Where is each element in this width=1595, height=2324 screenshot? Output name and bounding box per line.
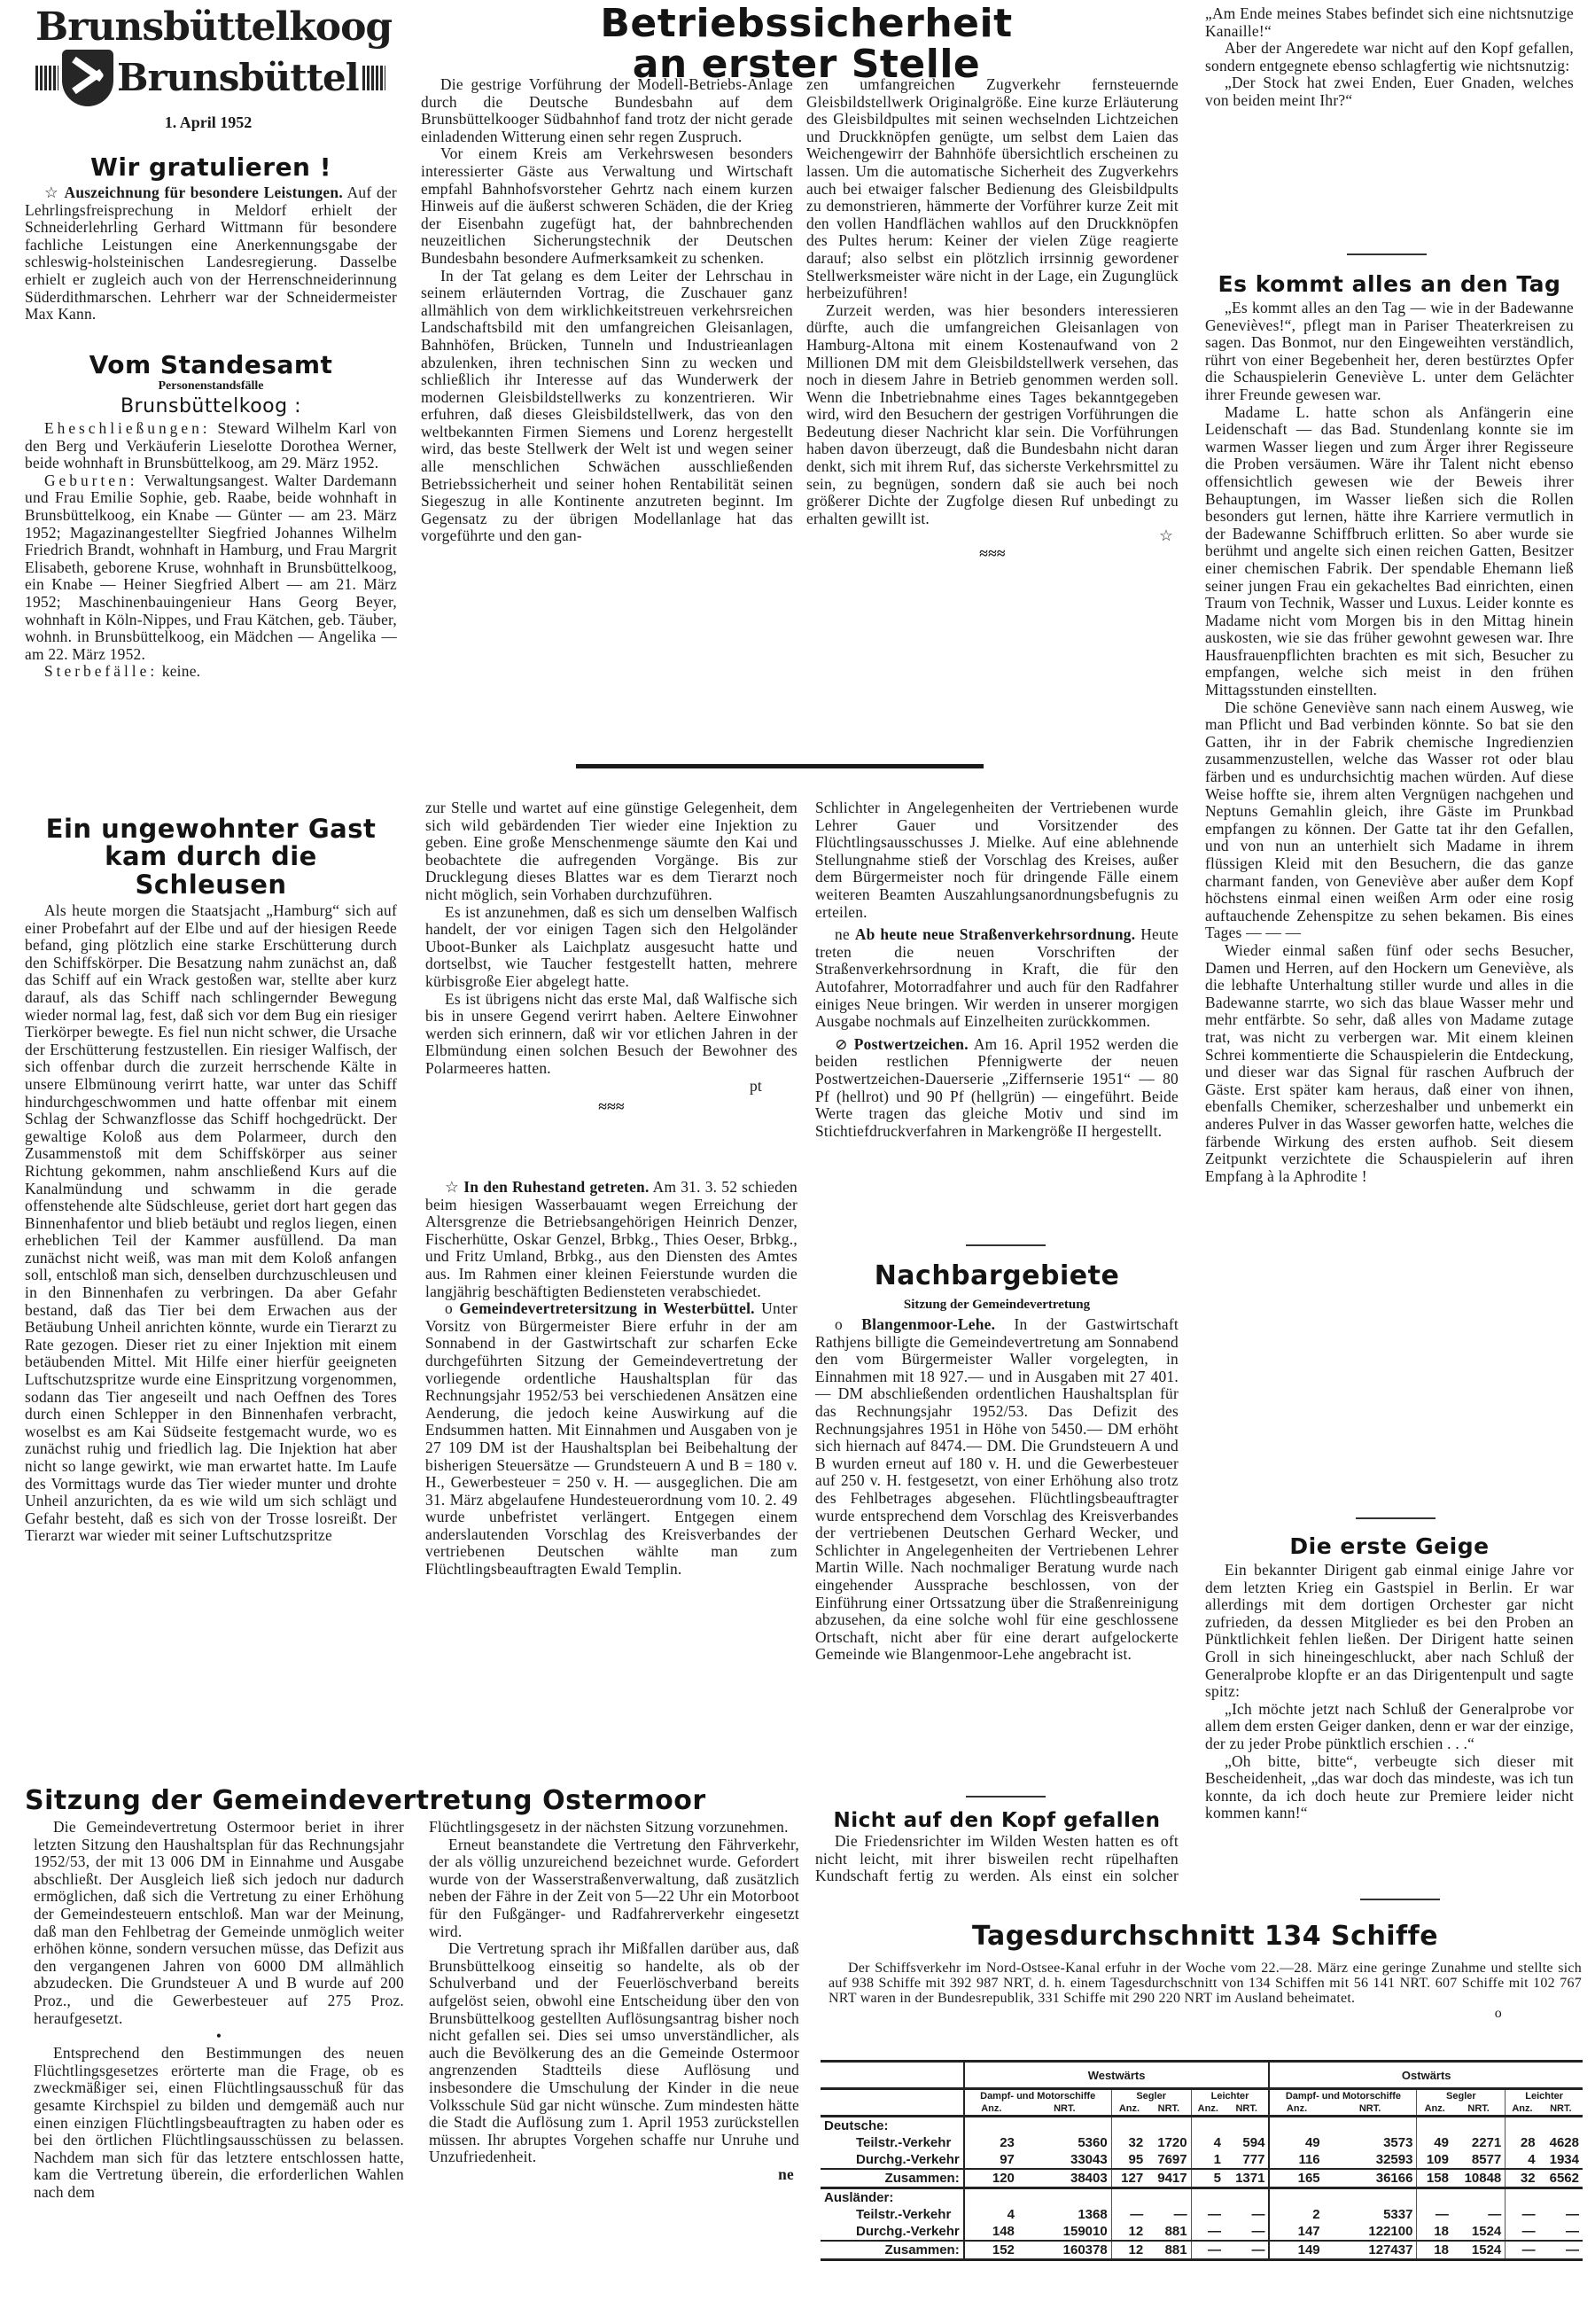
subcol-nrt: NRT. (1018, 2102, 1111, 2117)
table-cell: — (1539, 2223, 1583, 2241)
table-cell: 3573 (1324, 2134, 1417, 2151)
article-betrieb-col2: zen umfangreichen Zugverkehr fernsteuern… (806, 76, 1179, 563)
article-standesamt: Vom Standesamt Personenstandsfälle Bruns… (25, 351, 397, 681)
row-label: Durchg.-Verkehr (821, 2223, 964, 2241)
total-label: Zusammen: (821, 2169, 964, 2188)
table-cell: 23 (964, 2134, 1018, 2151)
ship-traffic-table: Westwärts Ostwärts Dampf- und Motorschif… (821, 2060, 1583, 2261)
divider-icon: ≈≈≈ (425, 1098, 797, 1116)
table-cell: 4628 (1539, 2134, 1583, 2151)
total-cell: 149 (1269, 2241, 1323, 2260)
total-cell: 127 (1111, 2169, 1147, 2188)
row-label: Teilstr.-Verkehr (821, 2206, 964, 2223)
subcol-nrt: NRT. (1225, 2102, 1270, 2117)
headline-geige: Die erste Geige (1205, 1532, 1574, 1562)
table-cell: 7697 (1147, 2151, 1191, 2169)
table-cell: — (1417, 2206, 1452, 2223)
total-cell: 5 (1191, 2169, 1225, 2188)
total-cell: 36166 (1324, 2169, 1417, 2188)
subhead-nachbar: Sitzung der Gemeindevertretung (815, 1298, 1179, 1313)
total-cell: 881 (1147, 2241, 1191, 2260)
divider-rule (1347, 253, 1427, 255)
table-cell: 1 (1191, 2151, 1225, 2169)
masthead-title-line2: Brunsbüttel (117, 56, 359, 99)
col-direction-west: Westwärts (964, 2062, 1270, 2089)
total-cell: 38403 (1018, 2169, 1111, 2188)
text-kopf-p2: „Am Ende meines Stabes befindet sich ein… (1205, 5, 1574, 40)
coat-of-arms-icon (62, 50, 113, 106)
star-icon: ☆ (44, 183, 65, 201)
divider-icon: ≈≈≈ (806, 545, 1179, 563)
table-section-header: Deutsche: (821, 2117, 1583, 2135)
table-cell: — (1225, 2223, 1270, 2241)
signature-gast: pt (425, 1078, 797, 1096)
text-betrieb-col1-p1: Die gestrige Vorführung der Modell-Betri… (421, 76, 793, 145)
text-kopf-p1-start: Die Friedensrichter im Wilden Westen hat… (815, 1833, 1179, 1884)
text-ruhestand: Am 31. 3. 52 schieden beim hiesigen Wass… (425, 1178, 797, 1300)
text-tag-p1: „Es kommt alles an den Tag — wie in der … (1205, 300, 1574, 404)
table-cell: — (1147, 2206, 1191, 2223)
col-direction-east: Ostwärts (1269, 2062, 1583, 2089)
table-cell: 2 (1269, 2206, 1323, 2223)
lead-nachbar: Blangenmoor-Lehe. (861, 1315, 995, 1333)
table-cell: 95 (1111, 2151, 1147, 2169)
text-betrieb-col2-p2: Zurzeit werden, was hier besonders inter… (806, 302, 1179, 528)
total-cell: 160378 (1018, 2241, 1111, 2260)
article-gast-continued: zur Stelle und wartet auf eine günstige … (425, 799, 797, 1116)
text-westerbuettel: Unter Vorsitz von Bürgermeister Biere er… (425, 1299, 797, 1578)
text-betrieb-col1-p3: In der Tat gelang es dem Leiter der Lehr… (421, 268, 793, 546)
subcol-nrt: NRT. (1452, 2102, 1506, 2117)
table-cell: 33043 (1018, 2151, 1111, 2169)
subhead-standesamt: Personenstandsfälle (25, 379, 397, 394)
headline-gast-line1: Ein ungewohnter Gast (25, 815, 397, 842)
article-ruhestand: ☆ In den Ruhestand getreten. Am 31. 3. 5… (425, 1179, 797, 1579)
table-cell: 97 (964, 2151, 1018, 2169)
total-cell: 18 (1417, 2241, 1452, 2260)
masthead: Brunsbüttelkoog Brunsbüttel 1. April 195… (35, 7, 381, 132)
divider-rule (1356, 1517, 1435, 1519)
article-ostermoor-col1: Die Gemeindevertretung Ostermoor beriet … (34, 1819, 404, 2201)
article-col3-notices: Schlichter in Angelegenheiten der Vertri… (815, 799, 1179, 1140)
table-cell: 4 (1506, 2151, 1539, 2169)
text-kopf-p3: Aber der Angeredete war nicht auf den Ko… (1205, 40, 1574, 74)
article-geige: Die erste Geige Ein bekannter Dirigent g… (1205, 1532, 1574, 1822)
text-ostermoor-col1-p1: Die Gemeindevertretung Ostermoor beriet … (34, 1819, 404, 2027)
article-betrieb: Betriebssicherheit an erster Stelle (416, 4, 1196, 85)
total-cell: 32 (1506, 2169, 1539, 2188)
section-label: Ausländer: (821, 2188, 964, 2207)
divider-rule (966, 1244, 1046, 1246)
headline-gratulieren: Wir gratulieren ! (25, 152, 397, 183)
headline-schiffe: Tagesdurchschnitt 134 Schiffe (829, 1920, 1582, 1954)
total-cell: 120 (964, 2169, 1018, 2188)
label-marriages: Eheschließungen: (44, 419, 211, 437)
total-cell: 1371 (1225, 2169, 1270, 2188)
text-tag-p3: Die schöne Geneviève sann nach einem Aus… (1205, 699, 1574, 942)
text-betrieb-col1-p2: Vor einem Kreis am Verkehrswesen besonde… (421, 145, 793, 267)
table-cell: 109 (1417, 2151, 1452, 2169)
table-cell: 122100 (1324, 2223, 1417, 2241)
total-cell: — (1506, 2241, 1539, 2260)
banner-left-ornament (35, 66, 58, 90)
table-cell: 49 (1417, 2134, 1452, 2151)
table-cell: 594 (1225, 2134, 1270, 2151)
banner-right-ornament (362, 66, 385, 90)
table-cell: 159010 (1018, 2223, 1111, 2241)
table-cell: 4 (1191, 2134, 1225, 2151)
total-cell: — (1225, 2241, 1270, 2260)
article-ostermoor: Sitzung der Gemeindevertretung Ostermoor (25, 1785, 805, 1817)
table-cell: 32593 (1324, 2151, 1417, 2169)
table-cell: 1524 (1452, 2223, 1506, 2241)
col-group: Segler (1111, 2089, 1191, 2103)
subcol-nrt: NRT. (1539, 2102, 1583, 2117)
total-cell: — (1191, 2241, 1225, 2260)
table-cell: — (1225, 2206, 1270, 2223)
label-births: Geburten: (44, 472, 138, 489)
author-prefix: ne (835, 925, 850, 943)
table-cell: 49 (1269, 2134, 1323, 2151)
table-total-row: Zusammen:15216037812881——149127437181524… (821, 2241, 1583, 2260)
star-icon: ☆ (445, 1178, 463, 1196)
table-cell: — (1506, 2223, 1539, 2241)
signature-ostermoor: ne (429, 2166, 799, 2184)
col-group: Dampf- und Motorschiffe (964, 2089, 1112, 2103)
star-icon: ☆ (806, 527, 1179, 545)
table-row: Durchg.-Verkehr14815901012881——147122100… (821, 2223, 1583, 2241)
table-cell: 1934 (1539, 2151, 1583, 2169)
total-cell: — (1539, 2241, 1583, 2260)
table-row: Durchg.-Verkehr9733043957697177711632593… (821, 2151, 1583, 2169)
subcol-nrt: NRT. (1324, 2102, 1417, 2117)
section-label: Deutsche: (821, 2117, 964, 2135)
text-schiffe: Der Schiffsverkehr im Nord-Ostsee-Kanal … (829, 1961, 1582, 2006)
total-cell: 10848 (1452, 2169, 1506, 2188)
subcol-anz: Anz. (1111, 2102, 1147, 2117)
text-ostermoor-col1-p2: Entsprechend den Bestimmungen des neuen … (34, 2045, 404, 2201)
divider-rule (966, 1796, 1046, 1798)
article-kopf-continued: „Am Ende meines Stabes befindet sich ein… (1205, 5, 1574, 110)
table-cell: 777 (1225, 2151, 1270, 2169)
article-betrieb-col1: Die gestrige Vorführung der Modell-Betri… (421, 76, 793, 545)
text-tag-p2: Madame L. hatte schon als Anfängerin ein… (1205, 404, 1574, 699)
text-gast-col2-p1: zur Stelle und wartet auf eine günstige … (425, 799, 797, 904)
total-cell: 165 (1269, 2169, 1323, 2188)
article-ostermoor-col2: Flüchtlingsgesetz in der nächsten Sitzun… (429, 1819, 799, 2183)
lead-gratulieren: Auszeichnung für besondere Leistungen. (65, 183, 343, 201)
text-westerbuettel-cont: Schlichter in Angelegenheiten der Vertri… (815, 799, 1179, 921)
row-label: Teilstr.-Verkehr (821, 2134, 964, 2151)
table-row: Teilstr.-Verkehr235360321720459449357349… (821, 2134, 1583, 2151)
label-deaths: Sterbefälle: (44, 662, 158, 680)
subcol-anz: Anz. (1506, 2102, 1539, 2117)
table-row: Teilstr.-Verkehr41368————25337———— (821, 2206, 1583, 2223)
subcol-nrt: NRT. (1147, 2102, 1191, 2117)
table-total-row: Zusammen:1203840312794175137116536166158… (821, 2169, 1583, 2188)
table-cell: — (1539, 2206, 1583, 2223)
total-cell: 6562 (1539, 2169, 1583, 2188)
subcol-anz: Anz. (1191, 2102, 1225, 2117)
table-cell: 8577 (1452, 2151, 1506, 2169)
table-cell: — (1452, 2206, 1506, 2223)
signature-schiffe: o (829, 2006, 1582, 2021)
table-cell: — (1191, 2206, 1225, 2223)
article-tag: Es kommt alles an den Tag „Es kommt alle… (1205, 269, 1574, 1185)
total-cell: 9417 (1147, 2169, 1191, 2188)
dot-icon: • (34, 2027, 404, 2045)
table-cell: 1720 (1147, 2134, 1191, 2151)
text-gratulieren: Auf der Lehrlingsfreisprechung in Meldor… (25, 183, 397, 323)
headline-standesamt: Vom Standesamt (25, 351, 397, 379)
subcol-anz: Anz. (1417, 2102, 1452, 2117)
place-standesamt: Brunsbüttelkoog : (25, 394, 397, 420)
total-cell: 158 (1417, 2169, 1452, 2188)
headline-ostermoor: Sitzung der Gemeindevertretung Ostermoor (25, 1785, 805, 1817)
article-schiffe: Tagesdurchschnitt 134 Schiffe Der Schiff… (829, 1920, 1582, 2021)
total-cell: 152 (964, 2241, 1018, 2260)
table-cell: 881 (1147, 2223, 1191, 2241)
article-gast: Ein ungewohnter Gast kam durch die Schle… (25, 815, 397, 1545)
text-betrieb-col2-p1: zen umfangreichen Zugverkehr fernsteuern… (806, 76, 1179, 302)
text-tag-p4: Wieder einmal saßen fünf oder sechs Besu… (1205, 942, 1574, 1185)
masthead-title-line1: Brunsbüttelkoog (35, 7, 381, 48)
text-geige-p3: „Oh bitte, bitte“, verbeugte sich dieser… (1205, 1753, 1574, 1822)
headline-gast-line2: kam durch die Schleusen (25, 842, 397, 899)
section-rule (576, 764, 984, 768)
text-gast-col2-p3: Es ist übrigens nicht das erste Mal, daß… (425, 991, 797, 1078)
text-ostermoor-col2-p2: Erneut beanstandete die Vertretung den F… (429, 1837, 799, 1941)
article-nachbar: Nachbargebiete Sitzung der Gemeindevertr… (815, 1259, 1179, 1664)
headline-nachbar: Nachbargebiete (815, 1259, 1179, 1294)
text-geige-p2: „Ich möchte jetzt nach Schluß der Genera… (1205, 1701, 1574, 1753)
article-kopf: Nicht auf den Kopf gefallen Die Friedens… (815, 1808, 1179, 1884)
table-cell: 2271 (1452, 2134, 1506, 2151)
ship-table: Westwärts Ostwärts Dampf- und Motorschif… (821, 2060, 1583, 2261)
text-gast-col2-p2: Es ist anzunehmen, daß es sich um densel… (425, 904, 797, 991)
text-births: Verwaltungsangest. Walter Dardemann und … (25, 472, 397, 663)
total-cell: 12 (1111, 2241, 1147, 2260)
col-group: Dampf- und Motorschiffe (1269, 2089, 1417, 2103)
table-cell: 147 (1269, 2223, 1323, 2241)
subcol-anz: Anz. (964, 2102, 1018, 2117)
ship-table-body: Deutsche:Teilstr.-Verkehr235360321720459… (821, 2117, 1583, 2260)
lead-ruhestand: In den Ruhestand getreten. (463, 1178, 649, 1196)
text-deaths: keine. (162, 662, 201, 680)
table-cell: 4 (964, 2206, 1018, 2223)
text-gast-col1: Als heute morgen die Staatsjacht „Hambur… (25, 902, 397, 1545)
article-gratulieren: Wir gratulieren ! ☆ Auszeichnung für bes… (25, 152, 397, 324)
table-section-header: Ausländer: (821, 2188, 1583, 2207)
text-geige-p1: Ein bekannter Dirigent gab einmal einige… (1205, 1562, 1574, 1701)
text-kopf-p4: „Der Stock hat zwei Enden, Euer Gnaden, … (1205, 74, 1574, 109)
headline-betrieb-line1: Betriebssicherheit (416, 4, 1196, 44)
text-nachbar: In der Gastwirtschaft Rathjens billigte … (815, 1315, 1179, 1663)
table-cell: 148 (964, 2223, 1018, 2241)
issue-date: 1. April 1952 (35, 113, 381, 132)
table-cell: 116 (1269, 2151, 1323, 2169)
divider-rule (1360, 1899, 1440, 1900)
table-cell: 32 (1111, 2134, 1147, 2151)
col-group: Segler (1417, 2089, 1506, 2103)
headline-kopf: Nicht auf den Kopf gefallen (815, 1808, 1179, 1833)
lead-westerbuettel: Gemeindevertretersitzung in Westerbüttel… (459, 1299, 754, 1317)
total-cell: 1524 (1452, 2241, 1506, 2260)
table-cell: 1368 (1018, 2206, 1111, 2223)
table-cell: — (1111, 2206, 1147, 2223)
col-group: Leichter (1191, 2089, 1269, 2103)
table-cell: 28 (1506, 2134, 1539, 2151)
lead-strassenverkehr: Ab heute neue Straßenverkehrsordnung. (855, 925, 1136, 943)
table-cell: 18 (1417, 2223, 1452, 2241)
headline-tag: Es kommt alles an den Tag (1205, 269, 1574, 300)
posthorn-icon: ⊘ (835, 1035, 854, 1053)
row-label: Durchg.-Verkehr (821, 2151, 964, 2169)
table-cell: 12 (1111, 2223, 1147, 2241)
subcol-anz: Anz. (1269, 2102, 1323, 2117)
col-group: Leichter (1506, 2089, 1583, 2103)
total-label: Zusammen: (821, 2241, 964, 2260)
text-ostermoor-col2-p3: Die Vertretung sprach ihr Mißfallen darü… (429, 1940, 799, 2166)
table-cell: — (1191, 2223, 1225, 2241)
text-ostermoor-col2-p1: Flüchtlingsgesetz in der nächsten Sitzun… (429, 1819, 799, 1837)
table-cell: 5337 (1324, 2206, 1417, 2223)
table-cell: — (1506, 2206, 1539, 2223)
lead-post: Postwertzeichen. (854, 1035, 969, 1053)
table-cell: 5360 (1018, 2134, 1111, 2151)
total-cell: 127437 (1324, 2241, 1417, 2260)
